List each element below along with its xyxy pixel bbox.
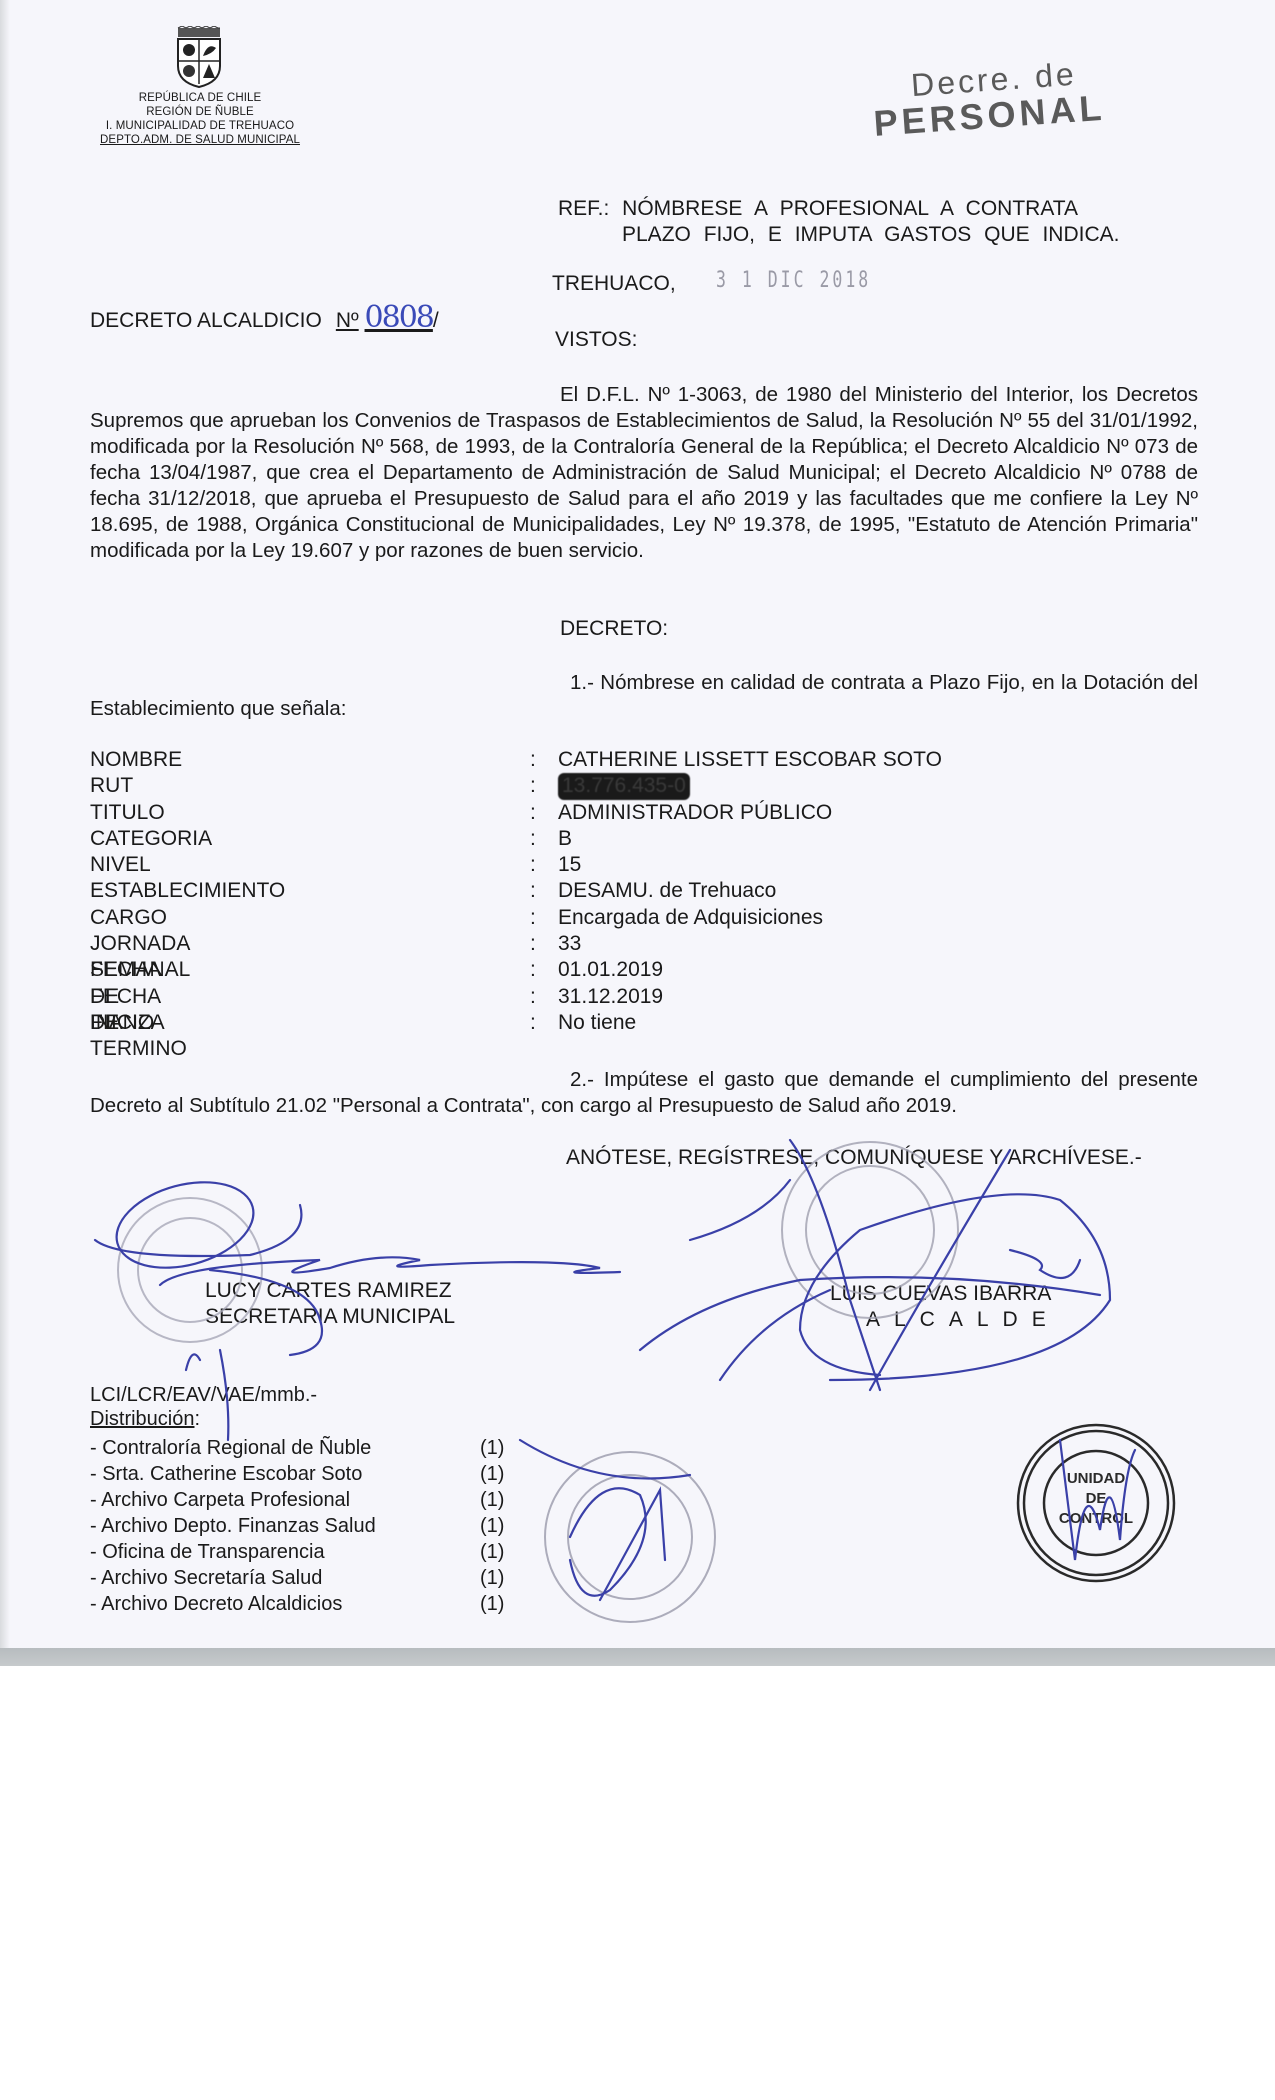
distribution-item: - Srta. Catherine Escobar Soto(1): [90, 1461, 510, 1487]
scan-left-edge: [0, 0, 10, 1648]
field-label: RUT: [90, 773, 133, 799]
field-value: CATHERINE LISSETT ESCOBAR SOTO: [558, 747, 942, 773]
field-label: CARGO: [90, 905, 167, 931]
field-label: NOMBRE: [90, 747, 182, 773]
handwritten-number: 0808: [365, 300, 433, 335]
reference: REF.: NÓMBRESE A PROFESIONAL A CONTRATA …: [558, 196, 1119, 248]
field-value: 33: [558, 931, 581, 957]
signature-block-mayor: LUIS CUEVAS IBARRA ALCALDE: [830, 1281, 1060, 1333]
signer-name: LUCY CARTES RAMIREZ: [205, 1278, 455, 1304]
org-line: REGIÓN DE ÑUBLE: [80, 105, 320, 119]
signature-block-secretary: LUCY CARTES RAMIREZ SECRETARIA MUNICIPAL: [205, 1278, 455, 1330]
svg-text:UNIDAD: UNIDAD: [1067, 1470, 1125, 1487]
field-label: ESTABLECIMIENTO: [90, 878, 285, 904]
field-label: FIANZA: [90, 1010, 165, 1036]
distribution-recipient: - Archivo Depto. Finanzas Salud: [90, 1515, 376, 1537]
seal-unidad-de-control-icon: [1018, 1425, 1174, 1581]
field-colon: :: [530, 905, 536, 931]
distribution-item: - Oficina de Transparencia(1): [90, 1539, 510, 1565]
seal-asesor-juridico-icon: [545, 1452, 715, 1622]
field-colon: :: [530, 852, 536, 878]
vistos-body: El D.F.L. Nº 1-3063, de 1980 del Ministe…: [90, 382, 1198, 564]
distribution-copies: (1): [480, 1487, 504, 1513]
field-value: ADMINISTRADOR PÚBLICO: [558, 800, 832, 826]
distribution-item: - Archivo Carpeta Profesional(1): [90, 1487, 510, 1513]
distribution-item: - Archivo Depto. Finanzas Salud(1): [90, 1513, 510, 1539]
vistos-heading: VISTOS:: [555, 328, 637, 352]
place: TREHUACO,: [552, 272, 676, 296]
field-label: NIVEL: [90, 852, 151, 878]
reference-line-1: REF.: NÓMBRESE A PROFESIONAL A CONTRATA: [558, 196, 1119, 222]
decree-type-stamp: Decre. de PERSONAL: [870, 54, 1107, 145]
issuing-organization: REPÚBLICA DE CHILE REGIÓN DE ÑUBLE I. MU…: [80, 91, 320, 147]
distribution-copies: (1): [480, 1591, 504, 1617]
field-colon: :: [530, 800, 536, 826]
signer-title: ALCALDE: [866, 1307, 1060, 1333]
distribution-copies: (1): [480, 1461, 504, 1487]
org-line: I. MUNICIPALIDAD DE TREHUACO: [80, 119, 320, 133]
field-value: DESAMU. de Trehuaco: [558, 878, 776, 904]
field-value: 31.12.2019: [558, 984, 663, 1010]
distribution-recipient: - Archivo Secretaría Salud: [90, 1567, 322, 1589]
distribution-heading: Distribución:: [90, 1408, 200, 1431]
field-colon: :: [530, 957, 536, 983]
decree-label: DECRETO ALCALDICIO: [90, 309, 322, 332]
field-label: TITULO: [90, 800, 165, 826]
field-colon: :: [530, 773, 536, 799]
decree-number: DECRETO ALCALDICIONº 0808/: [90, 300, 439, 335]
distribution-recipient: - Srta. Catherine Escobar Soto: [90, 1463, 362, 1485]
reference-line-2: PLAZO FIJO, E IMPUTA GASTOS QUE INDICA.: [558, 222, 1119, 248]
municipal-coat-of-arms-icon: [172, 26, 226, 88]
department-name: DEPTO.ADM. DE SALUD MUNICIPAL: [80, 133, 320, 147]
closing-formula: ANÓTESE, REGÍSTRESE, COMUNÍQUESE Y ARCHÍ…: [566, 1146, 1142, 1170]
initials: LCI/LCR/EAV/VAE/mmb.-: [90, 1384, 317, 1407]
document-page: REPÚBLICA DE CHILE REGIÓN DE ÑUBLE I. MU…: [0, 0, 1275, 1648]
field-colon: :: [530, 984, 536, 1010]
stamp-line-2: PERSONAL: [872, 87, 1106, 145]
svg-text:DE: DE: [1086, 1490, 1107, 1507]
decree-item-1: 1.- Nómbrese en calidad de contrata a Pl…: [90, 670, 1198, 722]
redacted-value: 13.776.435-0: [558, 773, 690, 799]
distribution-item: - Archivo Decreto Alcaldicios(1): [90, 1591, 510, 1617]
date-stamp: 3 1 DIC 2018: [716, 268, 871, 293]
number-suffix: /: [433, 309, 439, 332]
scan-bottom-edge: [0, 1648, 1275, 1666]
number-prefix: Nº: [336, 309, 359, 332]
distribution-heading-text: Distribución: [90, 1408, 194, 1430]
field-value: No tiene: [558, 1010, 636, 1036]
distribution-copies: (1): [480, 1565, 504, 1591]
org-line: REPÚBLICA DE CHILE: [80, 91, 320, 105]
distribution-item: - Contraloría Regional de Ñuble(1): [90, 1435, 510, 1461]
svg-text:CONTROL: CONTROL: [1059, 1510, 1133, 1527]
signer-title: SECRETARIA MUNICIPAL: [205, 1304, 455, 1330]
field-colon: :: [530, 1010, 536, 1036]
signer-name: LUIS CUEVAS IBARRA: [830, 1281, 1060, 1307]
field-colon: :: [530, 747, 536, 773]
distribution-recipient: - Archivo Carpeta Profesional: [90, 1489, 350, 1511]
field-value: B: [558, 826, 572, 852]
field-value: 15: [558, 852, 581, 878]
distribution-list: - Contraloría Regional de Ñuble(1)- Srta…: [90, 1435, 510, 1617]
distribution-heading-suffix: :: [194, 1408, 200, 1431]
field-colon: :: [530, 878, 536, 904]
distribution-recipient: - Contraloría Regional de Ñuble: [90, 1437, 371, 1459]
distribution-recipient: - Archivo Decreto Alcaldicios: [90, 1593, 342, 1615]
decree-item-2: 2.- Impútese el gasto que demande el cum…: [90, 1067, 1198, 1119]
decreto-heading: DECRETO:: [560, 617, 668, 641]
distribution-copies: (1): [480, 1539, 504, 1565]
distribution-item: - Archivo Secretaría Salud(1): [90, 1565, 510, 1591]
field-value: Encargada de Adquisiciones: [558, 905, 823, 931]
distribution-copies: (1): [480, 1435, 504, 1461]
distribution-copies: (1): [480, 1513, 504, 1539]
field-value: 01.01.2019: [558, 957, 663, 983]
field-colon: :: [530, 826, 536, 852]
field-colon: :: [530, 931, 536, 957]
field-label: CATEGORIA: [90, 826, 212, 852]
distribution-recipient: - Oficina de Transparencia: [90, 1541, 325, 1563]
